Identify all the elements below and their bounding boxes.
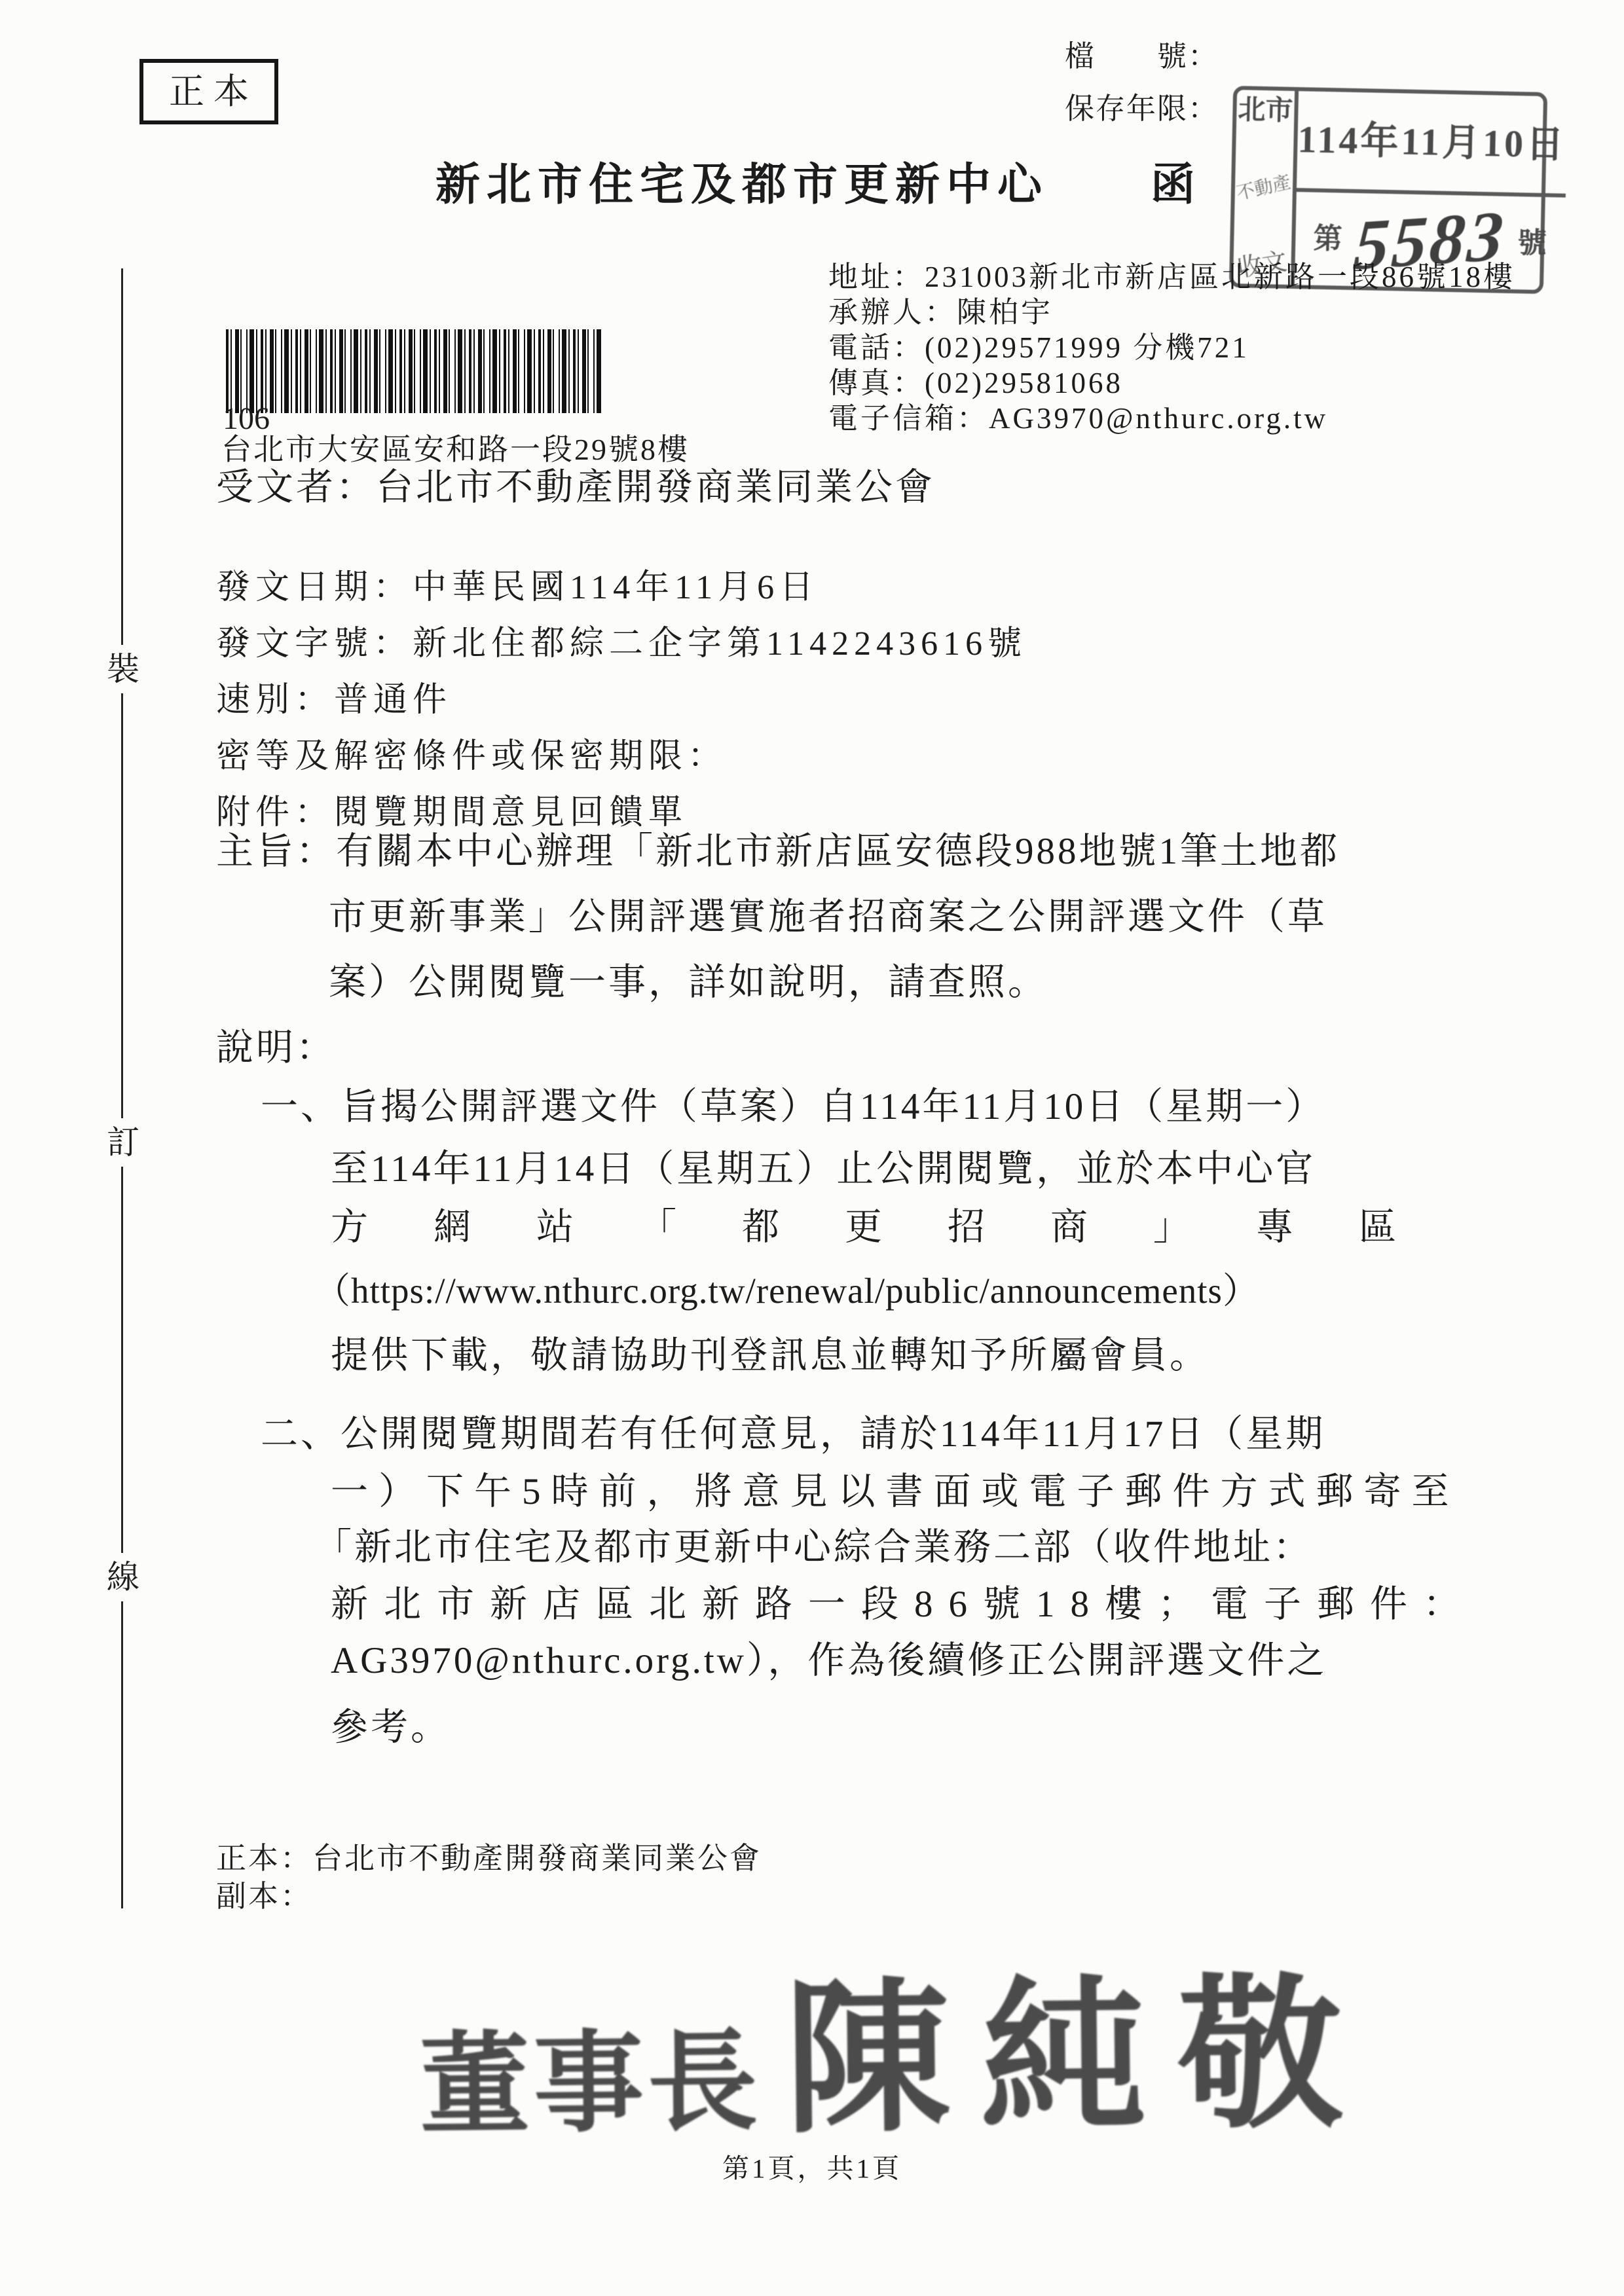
explanation-item1-line3: 方網站「都更招商」專區 [331, 1209, 1462, 1246]
explanation-item2-line1: 二、公開閱覽期間若有任何意見，請於114年11月17日（星期 [261, 1415, 1325, 1453]
binding-label-ding: 訂 [103, 1118, 143, 1167]
explanation-item2-line3: 「新北市住宅及都市更新中心綜合業務二部（收件地址： [314, 1529, 1313, 1566]
stamp-no-suffix: 號 [1517, 228, 1547, 258]
explanation-item1-line1: 一、旨揭公開評選文件（草案）自114年11月10日（星期一） [261, 1088, 1325, 1125]
stamp-no-prefix: 第 [1313, 225, 1342, 254]
scanned-official-letter: 正本 檔 號： 保存年限： 北市 不動產 收文 114年11月10日 第 558… [0, 0, 1624, 2296]
explanation-item2-line5: AG3970@nthurc.org.tw），作為後續修正公開評選文件之 [331, 1642, 1327, 1679]
file-info-block: 檔 號： 保存年限： [1065, 30, 1219, 135]
page-number-footer: 第1頁，共1頁 [0, 2155, 1624, 2182]
issue-date-line: 發文日期：中華民國114年11月6日 [216, 571, 819, 605]
binding-label-zhuang: 裝 [103, 645, 143, 693]
signature-title: 董事長 [419, 2032, 762, 2140]
explanation-item2-line4: 新北市新店區北新路一段86號18樓；電子郵件： [331, 1586, 1476, 1623]
distribution-copy: 副本： [216, 1882, 312, 1912]
chairman-signature: 董事長 陳純敬 [418, 1913, 1402, 2140]
stamp-org-top: 北市 [1238, 96, 1293, 125]
sender-fax: 傳真：(02)29581068 [828, 365, 1515, 401]
attachment-line: 附件：閱覽期間意見回饋單 [216, 796, 688, 830]
subject-line-3: 案）公開閱覽一事，詳如說明，請查照。 [329, 964, 1048, 1001]
signature-name: 陳純敬 [784, 1981, 1375, 2136]
file-no-label: 檔 號： [1065, 30, 1219, 82]
recipient-zip: 106 [223, 403, 270, 435]
explanation-heading: 說明： [216, 1029, 336, 1066]
recipient-address: 台北市大安區安和路一段29號8樓 [221, 435, 690, 465]
copy-type-label: 正本 [160, 74, 258, 109]
explanation-item1-line5: 提供下載，敬請協助刊登訊息並轉知予所屬會員。 [331, 1337, 1209, 1374]
sender-contact-block: 地址：231003新北市新店區北新路一段86號18樓 承辦人：陳柏宇 電話：(0… [828, 259, 1515, 436]
explanation-item2-line2: 一）下午5時前，將意見以書面或電子郵件方式郵寄至 [331, 1473, 1460, 1510]
doc-number-line: 發文字號：新北住都綜二企字第1142243616號 [216, 627, 1027, 661]
letter-title: 新北市住宅及都市更新中心 函 [262, 162, 1375, 207]
explanation-item2-line6: 參考。 [331, 1709, 451, 1746]
subject-line-2: 市更新事業」公開評選實施者招商案之公開評選文件（草 [329, 898, 1327, 936]
retention-label: 保存年限： [1065, 82, 1219, 135]
binding-line [121, 268, 123, 1908]
distribution-original: 正本：台北市不動產開發商業同業公會 [216, 1844, 762, 1874]
speed-class-line: 速別：普通件 [216, 683, 452, 718]
subject-line-1: 主旨：有關本中心辦理「新北市新店區安德段988地號1筆土地都 [216, 833, 1340, 870]
copy-type-box: 正本 [139, 59, 278, 124]
announcement-url: （https://www.nthurc.org.tw/renewal/publi… [314, 1273, 1259, 1309]
sender-contact-person: 承辦人：陳柏宇 [828, 295, 1515, 330]
explanation-item1-line2: 至114年11月14日（星期五）止公開閱覽，並於本中心官 [331, 1150, 1316, 1188]
sender-email: 電子信箱：AG3970@nthurc.org.tw [828, 401, 1515, 436]
sender-address: 地址：231003新北市新店區北新路一段86號18樓 [828, 259, 1515, 295]
mailing-barcode [226, 329, 602, 413]
sender-phone: 電話：(02)29571999 分機721 [828, 330, 1515, 365]
binding-label-xian: 線 [103, 1553, 143, 1601]
security-class-line: 密等及解密條件或保密期限： [216, 740, 727, 774]
recipient-line: 受文者：台北市不動產開發商業同業公會 [216, 469, 935, 506]
